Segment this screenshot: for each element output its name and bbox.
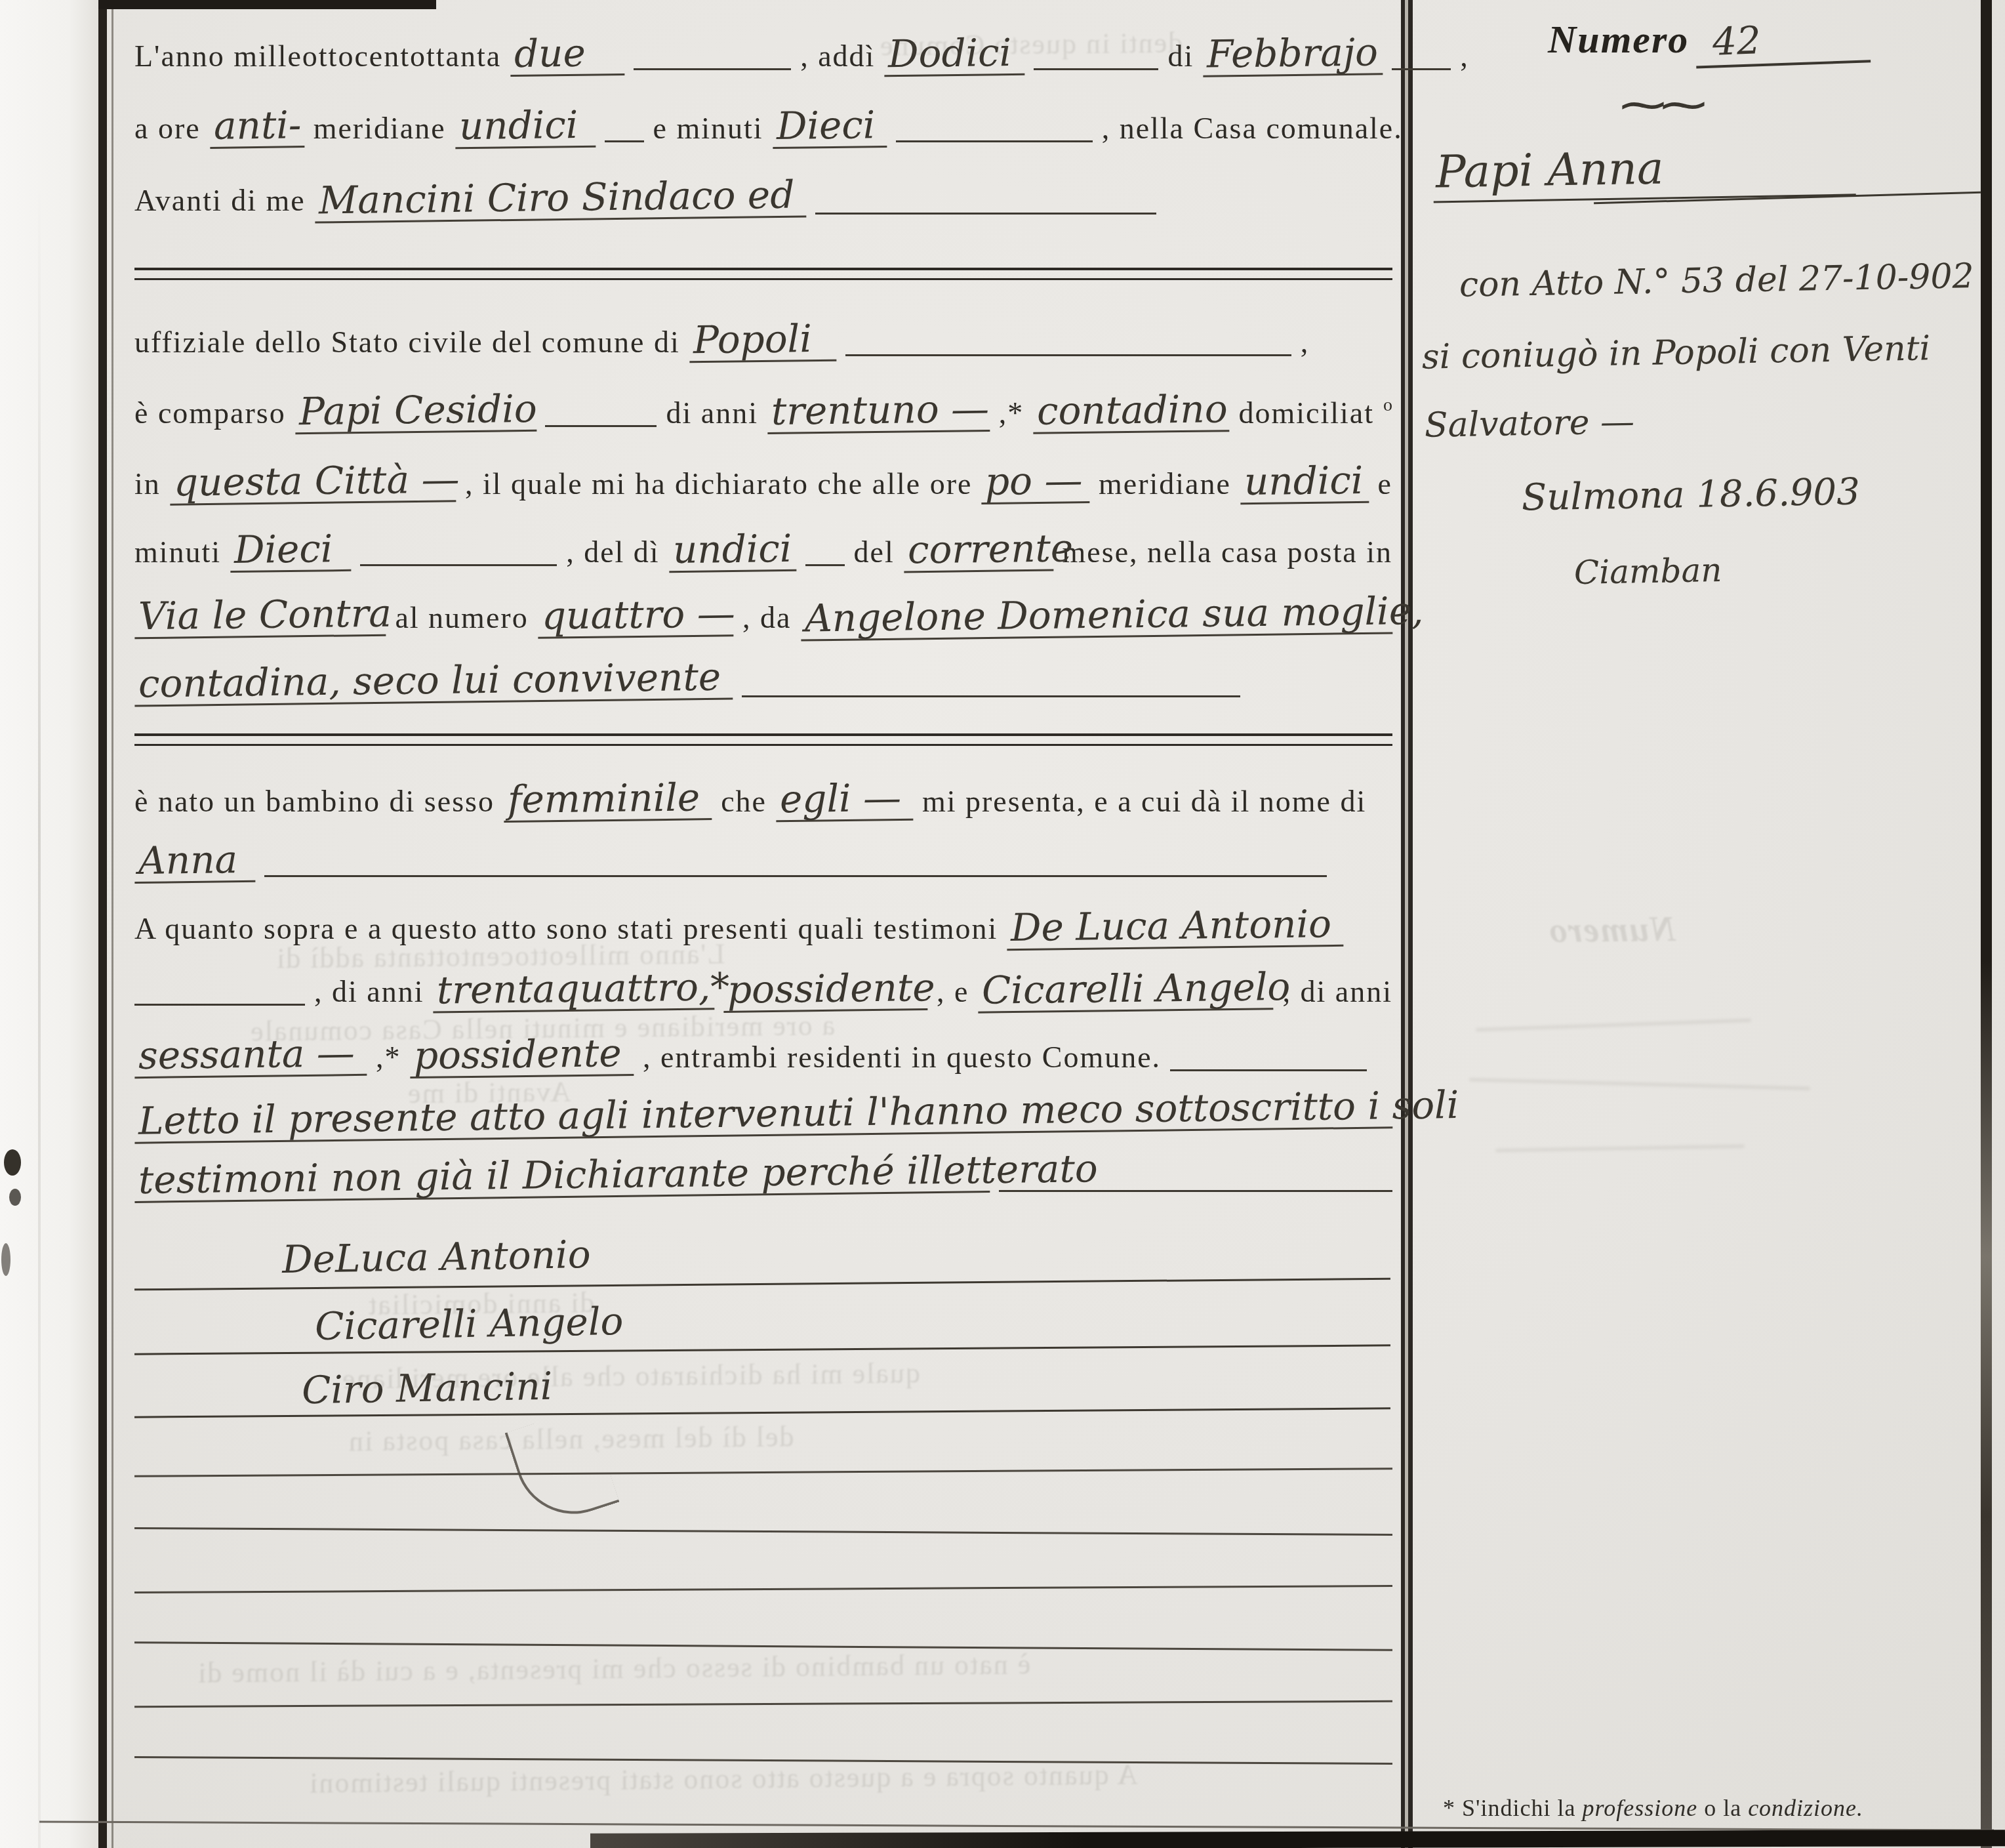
printed-text: , addì — [800, 39, 875, 73]
blank-rule — [134, 1585, 1392, 1593]
act-line-year-date: L'anno milleottocentottantadue, addìDodi… — [134, 34, 1392, 76]
column-divider — [1401, 0, 1413, 1848]
handwritten-entry: Anna — [134, 840, 256, 884]
margin-annotation-line: Salvatore — — [1425, 402, 1635, 445]
blank-fill-rule — [545, 425, 657, 427]
printed-text: del — [854, 535, 895, 569]
printed-text: , — [1460, 39, 1469, 73]
page-frame-top — [98, 0, 436, 9]
blank-fill-rule — [1170, 1069, 1367, 1071]
bottom-rule — [39, 1820, 1994, 1831]
paper-damage-speck — [4, 1149, 21, 1176]
printed-text: , nella Casa comunale. — [1102, 111, 1403, 146]
footnote: * S'indichi la professione o la condizio… — [1443, 1794, 1863, 1822]
printed-text: a ore — [134, 111, 201, 146]
printed-text: meridiane — [314, 111, 446, 146]
act-line-comune: uffiziale dello Stato civile del comune … — [134, 320, 1392, 362]
act-line-witness-ages: , di annitrentaquattro,*possidente, eCic… — [134, 970, 1392, 1012]
scanner-edge-strip — [0, 0, 98, 1848]
printed-text: , il quale mi ha dichiarato che alle ore — [465, 466, 973, 501]
handwritten-entry: due — [510, 33, 625, 77]
printed-text: e — [1378, 466, 1392, 501]
handwritten-entry: po — — [981, 461, 1089, 504]
page-frame-left — [98, 0, 107, 1848]
handwritten-entry: contadina, seco lui convivente — [134, 657, 733, 707]
handwritten-entry: Papi Cesidio — [294, 390, 536, 434]
blank-fill-rule — [264, 875, 1327, 877]
margin-annotation-line: con Atto N.° 53 del 27-10-902 — [1459, 257, 1975, 305]
handwritten-entry: questa Città — — [169, 460, 456, 505]
blank-fill-rule — [805, 564, 845, 566]
bleedthrough-text: A quanto sopra e a questo atto sono stat… — [308, 1757, 1138, 1799]
blank-fill-rule — [896, 140, 1093, 142]
blank-rule — [134, 1468, 1392, 1477]
handwritten-entry: corrente — [903, 529, 1053, 573]
handwritten-entry: trentuno — — [767, 390, 990, 434]
printed-text: , — [1301, 325, 1310, 359]
printed-text: L'anno milleottocentottanta — [134, 39, 501, 73]
bleedthrough-text: quale mi ha dichiarato che alle ore meri… — [341, 1356, 920, 1395]
bleedthrough-text: del dì del mese, nella casa posta in — [348, 1420, 794, 1458]
act-line-child-sex: è nato un bambino di sessofemminilecheeg… — [134, 779, 1392, 821]
bleedthrough-streak — [1476, 1019, 1751, 1032]
printed-text: ,* — [999, 396, 1024, 430]
section-divider-rule — [134, 733, 1392, 746]
handwritten-entry: possidente — [723, 968, 928, 1013]
act-line-closing-1: Letto il presente atto agli intervenuti … — [134, 1094, 1392, 1136]
act-line-time: a oreanti-meridianeundicie minutiDieci, … — [134, 106, 1392, 148]
printed-text: mi presenta, e a cui dà il nome di — [922, 784, 1366, 819]
printed-text: , da — [742, 600, 791, 635]
page-frame-left-inner — [111, 0, 113, 1848]
blank-fill-rule — [360, 564, 557, 566]
blank-rule — [134, 1700, 1392, 1708]
handwritten-entry: Letto il presente atto agli intervenuti … — [134, 1086, 1393, 1143]
act-line-closing-2: testimoni non già il Dichiarante perché … — [134, 1156, 1392, 1198]
paper-crease — [38, 0, 41, 1848]
blank-fill-rule — [634, 68, 791, 70]
printed-text: meridiane — [1099, 466, 1231, 501]
handwritten-entry: Cicarelli Angelo — [978, 968, 1274, 1013]
handwritten-entry: Mancini Ciro Sindaco ed — [314, 175, 806, 223]
paper-damage-speck — [1, 1243, 10, 1276]
printed-text: di anni — [666, 396, 758, 430]
section-divider-rule — [134, 268, 1392, 280]
blank-fill-rule — [1392, 68, 1451, 70]
act-line-birth-time: minutiDieci, del dìundicidelcorrentemese… — [134, 530, 1392, 572]
handwritten-entry: Popoli — [689, 319, 836, 363]
bleedthrough-text: di anni domiciliat — [367, 1286, 595, 1322]
printed-text: , del dì — [566, 535, 659, 569]
printed-text: o — [1383, 395, 1392, 416]
bleedthrough-text: è nato un bambino di sesso che mi presen… — [197, 1647, 1031, 1689]
handwritten-entry: undici — [668, 529, 796, 573]
act-line-declaration: inquesta Città —, il quale mi ha dichiar… — [134, 462, 1392, 504]
act-line-address-mother: Via le Contraal numeroquattro —, daAngel… — [134, 596, 1392, 638]
page-frame-right — [1981, 0, 1992, 1848]
blank-fill-rule — [134, 1004, 305, 1006]
handwritten-entry: femminile — [504, 778, 712, 823]
handwritten-entry: Febbrajo — [1203, 33, 1383, 77]
margin-annotation-date: Sulmona 18.6.903 — [1521, 471, 1860, 520]
handwritten-entry: Via le Contra — [134, 594, 386, 640]
handwritten-entry: testimoni non già il Dichiarante perché … — [134, 1151, 990, 1203]
blank-rule — [134, 1527, 1392, 1536]
blank-fill-rule — [845, 354, 1291, 356]
bleedthrough-text: Avanti di me — [407, 1075, 571, 1111]
act-line-declarant: è comparsoPapi Cesidiodi annitrentuno —,… — [134, 391, 1392, 433]
handwritten-entry: undici — [455, 106, 596, 150]
numero-value: 42 — [1695, 14, 1871, 68]
blank-fill-rule — [742, 695, 1240, 697]
paper-damage-speck — [9, 1189, 21, 1206]
printed-text: minuti — [134, 535, 221, 569]
printed-text: al numero — [395, 600, 528, 635]
handwritten-entry: quattro — — [537, 594, 733, 639]
handwritten-entry: Angelone Domenica sua moglie, — [800, 592, 1392, 641]
numero-label: Numero — [1548, 17, 1689, 62]
registry-number: Numero 42 — [1548, 17, 1870, 66]
act-line-mother-status: contadina, seco lui convivente — [134, 661, 1392, 703]
printed-text: domiciliat — [1238, 396, 1374, 430]
printed-text: in — [134, 466, 161, 501]
margin-annotation-name: Papi Anna — [1432, 139, 1855, 203]
footnote-marker: * — [1443, 1795, 1455, 1821]
bleedthrough-streak — [1469, 1078, 1810, 1090]
printed-text: , di anni — [314, 974, 424, 1009]
bleedthrough-text: a ore meridiane e minuti nella Casa comu… — [249, 1008, 836, 1048]
handwritten-entry: contadino — [1033, 390, 1230, 434]
margin-annotation-line: si coniugò in Popoli con Venti — [1422, 329, 1931, 377]
handwritten-entry: Dieci — [230, 529, 352, 573]
printed-text: Avanti di me — [134, 183, 306, 218]
printed-text: mese, nella casa posta in — [1063, 535, 1392, 569]
handwritten-entry: egli — — [776, 779, 914, 823]
margin-official-signature: Ciamban — [1574, 551, 1722, 592]
handwritten-entry: trentaquattro,* — [433, 968, 714, 1013]
blank-fill-rule — [1034, 68, 1158, 70]
act-line-official: Avanti di meMancini Ciro Sindaco ed — [134, 178, 1392, 220]
blank-fill-rule — [605, 140, 644, 142]
handwritten-entry: anti- — [209, 106, 304, 149]
printed-text: è comparso — [134, 396, 286, 430]
handwritten-entry: undici — [1240, 461, 1368, 504]
act-line-child-name: Anna — [134, 841, 1392, 883]
bleedthrough-text: denti in questo Comune — [879, 26, 1183, 63]
printed-text: , di anni — [1283, 974, 1392, 1009]
bleedthrough-text: Numero — [1548, 909, 1676, 951]
printed-text: , entrambi residenti in questo Comune. — [643, 1040, 1161, 1075]
witness-signature-1: DeLuca Antonio — [281, 1232, 591, 1282]
bleedthrough-text: L'anno milleottocentottanta addì di — [275, 937, 725, 975]
numero-flourish: ⁓⁓ — [1620, 77, 1701, 131]
handwritten-entry: De Luca Antonio — [1007, 905, 1344, 951]
blank-fill-rule — [815, 213, 1156, 215]
printed-text: uffiziale dello Stato civile del comune … — [134, 325, 680, 359]
handwritten-entry: Dieci — [772, 106, 887, 149]
printed-text: è nato un bambino di sesso — [134, 784, 495, 819]
bleedthrough-streak — [1495, 1145, 1745, 1153]
bottom-edge-band — [590, 1830, 2005, 1848]
printed-text: e minuti — [653, 111, 763, 146]
printed-text: che — [721, 784, 767, 819]
printed-text: , e — [937, 974, 969, 1009]
birth-record-scan: L'anno milleottocentottantadue, addìDodi… — [0, 0, 2005, 1848]
